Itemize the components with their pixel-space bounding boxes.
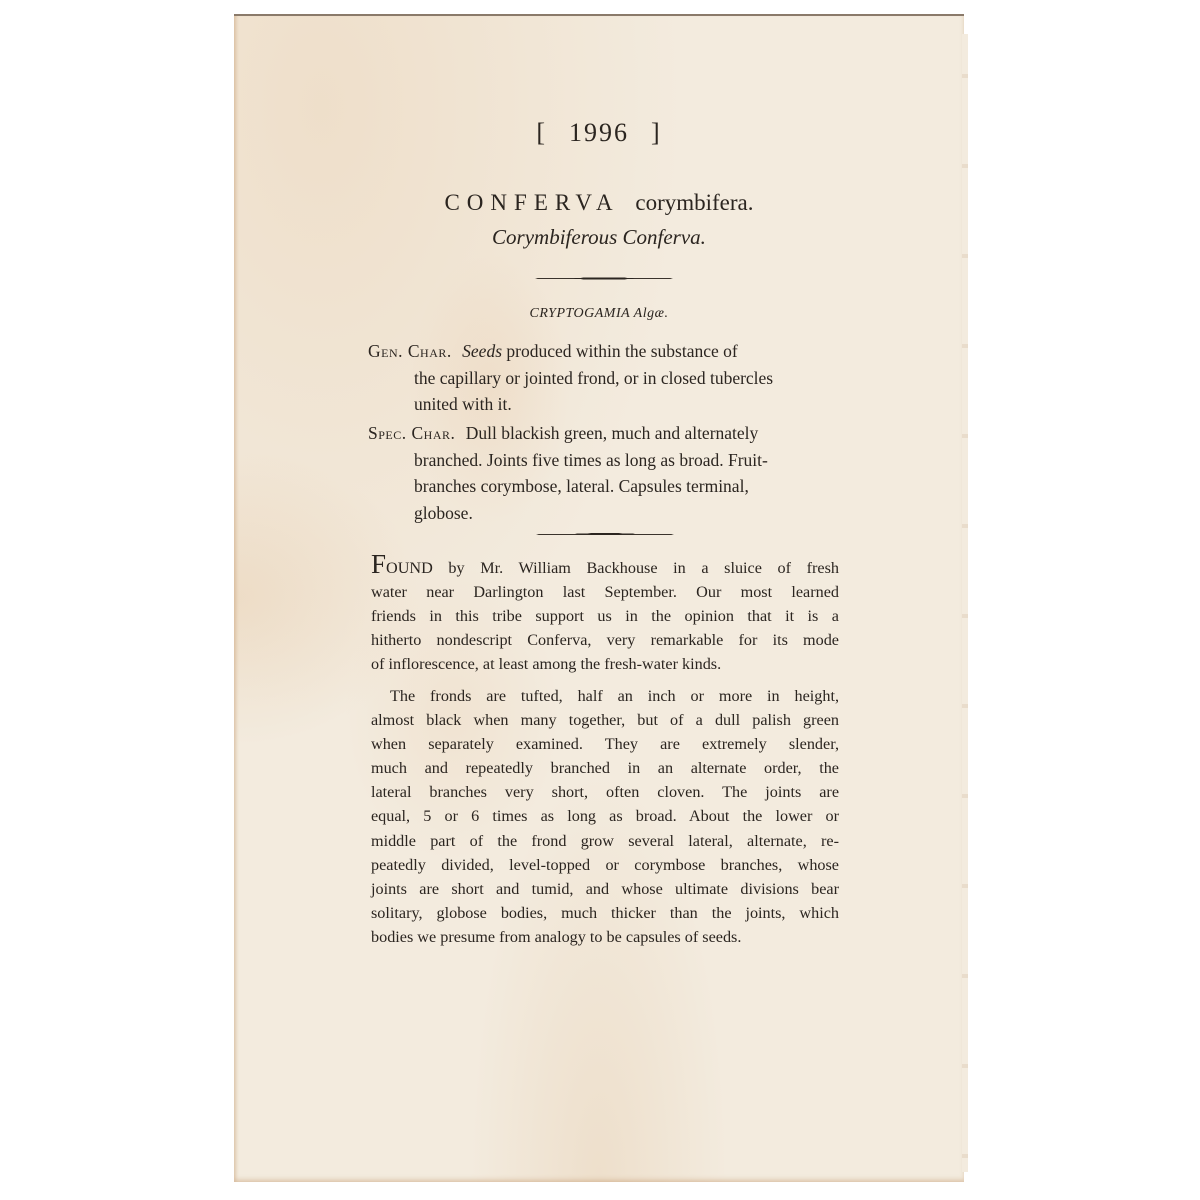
paragraph-line: FOUND by Mr. William Backhouse in a slui… [371,554,839,580]
ornamental-rule-bottom [536,532,674,536]
paragraph-found: FOUND by Mr. William Backhouse in a slui… [371,554,839,676]
species-name: corymbifera. [635,190,753,215]
spec-char-label: Spec. Char. [368,423,455,443]
paragraph-description: The fronds are tufted, half an inch or m… [371,684,839,949]
paragraph-line: water near Darlington last September. Ou… [371,580,839,604]
paragraph-line: of inflorescence, at least among the fre… [371,652,839,676]
page-number: [1996] [234,118,964,148]
paragraph-line: almost black when many together, but of … [371,708,839,732]
paragraph-line: hitherto nondescript Conferva, very rema… [371,628,839,652]
paragraph-line: peatedly divided, level-topped or corymb… [371,853,839,877]
paragraph-line: equal, 5 or 6 times as long as broad. Ab… [371,804,839,828]
common-name: Corymbiferous Conferva. [234,225,964,250]
gen-char-italic: Seeds [462,341,502,361]
paragraph-line: much and repeatedly branched in an alter… [371,756,839,780]
paragraph-line: middle part of the frond grow several la… [371,829,839,853]
genus-name: CONFERVA [444,190,619,215]
gen-char-label: Gen. Char. [368,341,452,361]
paragraph-line: joints are short and tumid, and whose ul… [371,877,839,901]
gen-char-line: united with it. [368,391,840,418]
paragraph-line: solitary, globose bodies, much thicker t… [371,901,839,925]
specific-character: Spec. Char. Dull blackish green, much an… [368,420,840,526]
paragraph-line: lateral branches very short, often clove… [371,780,839,804]
paragraph-line: friends in this tribe support us in the … [371,604,839,628]
gen-char-line: the capillary or jointed frond, or in cl… [368,365,840,392]
spec-char-line: branches corymbose, lateral. Capsules te… [368,473,840,500]
paragraph-line: when separately examined. They are extre… [371,732,839,756]
paragraph-line: bodies we presume from analogy to be cap… [371,925,839,949]
book-page: [1996] CONFERVA corymbifera. Corymbifero… [234,14,964,1182]
paragraph-line: The fronds are tufted, half an inch or m… [371,684,839,708]
ornamental-rule-top [535,276,673,281]
spec-char-line: globose. [368,500,840,527]
classification: CRYPTOGAMIA Algæ. [234,306,964,322]
spec-char-line: branched. Joints five times as long as b… [368,447,840,474]
generic-character: Gen. Char. Seeds produced within the sub… [368,338,840,418]
gen-char-line: Gen. Char. Seeds produced within the sub… [368,338,840,365]
species-title: CONFERVA corymbifera. [234,190,964,216]
bracket-open: [ [536,118,547,148]
drop-cap: F [371,549,386,579]
spec-char-line: Spec. Char. Dull blackish green, much an… [368,420,840,447]
page-number-value: 1996 [569,118,629,147]
bracket-close: ] [651,118,662,148]
